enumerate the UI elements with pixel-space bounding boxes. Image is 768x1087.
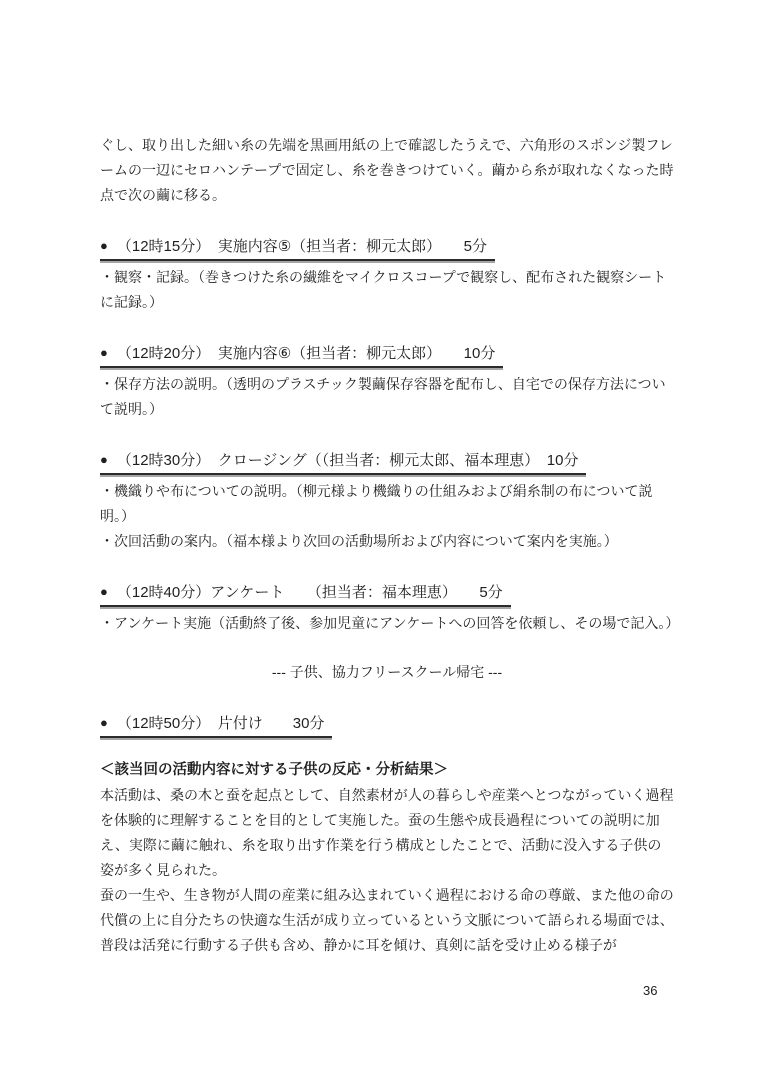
schedule-note: ・観察・記録。（巻きつけた糸の繊維をマイクロスコープで観察し、配布された観察シー… [100,265,674,315]
schedule-heading: ●（12時30分） クロージング（（担当者：柳元太郎、福本理恵） 10分 [100,450,586,475]
bullet-icon: ● [100,236,108,255]
schedule-heading-row: ●（12時15分） 実施内容⑤（担当者：柳元太郎） 5分 [100,236,674,261]
schedule-item: ●（12時30分） クロージング（（担当者：柳元太郎、福本理恵） 10分 ・機織… [100,450,674,554]
document-content: ぐし、取り出した細い糸の先端を黒画用紙の上で確認したうえで、六角形のスポンジ製フ… [100,133,674,958]
analysis-section-heading: ＜該当回の活動内容に対する子供の反応・分析結果＞ [100,758,674,783]
schedule-heading-text: （12時50分） 片付け 30分 [117,715,325,732]
bullet-icon: ● [100,713,108,732]
schedule-heading-text: （12時30分） クロージング（（担当者：柳元太郎、福本理恵） 10分 [117,452,579,469]
schedule-heading-row: ●（12時40分）アンケート （担当者：福本理恵） 5分 [100,582,674,607]
bullet-icon: ● [100,582,108,601]
schedule-item: ●（12時40分）アンケート （担当者：福本理恵） 5分 ・アンケート実施（活動… [100,582,674,636]
divider-note: --- 子供、協力フリースクール帰宅 --- [100,660,674,685]
schedule-heading: ●（12時40分）アンケート （担当者：福本理恵） 5分 [100,582,511,607]
schedule-heading: ●（12時20分） 実施内容⑥（担当者：柳元太郎） 10分 [100,343,503,368]
schedule-item: ●（12時50分） 片付け 30分 [100,713,674,738]
schedule-heading-text: （12時20分） 実施内容⑥（担当者：柳元太郎） 10分 [117,345,496,362]
intro-paragraph: ぐし、取り出した細い糸の先端を黒画用紙の上で確認したうえで、六角形のスポンジ製フ… [100,133,674,208]
schedule-heading: ●（12時50分） 片付け 30分 [100,713,332,738]
bullet-icon: ● [100,450,108,469]
schedule-note: ・機織りや布についての説明。（柳元様より機織りの仕組みおよび絹糸制の布について説… [100,479,674,529]
schedule-note: ・次回活動の案内。（福本様より次回の活動場所および内容について案内を実施。） [100,529,674,554]
schedule-heading-text: （12時15分） 実施内容⑤（担当者：柳元太郎） 5分 [117,238,487,255]
schedule-note: ・アンケート実施（活動終了後、参加児童にアンケートへの回答を依頼し、その場で記入… [100,611,674,636]
schedule-heading-row: ●（12時50分） 片付け 30分 [100,713,674,738]
analysis-section: ＜該当回の活動内容に対する子供の反応・分析結果＞ 本活動は、桑の木と蚕を起点とし… [100,758,674,958]
schedule-note: ・保存方法の説明。（透明のプラスチック製繭保存容器を配布し、自宅での保存方法につ… [100,372,674,422]
schedule-heading-row: ●（12時30分） クロージング（（担当者：柳元太郎、福本理恵） 10分 [100,450,674,475]
schedule-heading-row: ●（12時20分） 実施内容⑥（担当者：柳元太郎） 10分 [100,343,674,368]
schedule-item: ●（12時15分） 実施内容⑤（担当者：柳元太郎） 5分 ・観察・記録。（巻きつ… [100,236,674,315]
analysis-paragraph: 蚕の一生や、生き物が人間の産業に組み込まれていく過程における命の尊厳、また他の命… [100,883,674,958]
page-number: 36 [643,983,657,999]
analysis-paragraph: 本活動は、桑の木と蚕を起点として、自然素材が人の暮らしや産業へとつながっていく過… [100,783,674,883]
schedule-heading-text: （12時40分）アンケート （担当者：福本理恵） 5分 [117,584,503,601]
schedule-item: ●（12時20分） 実施内容⑥（担当者：柳元太郎） 10分 ・保存方法の説明。（… [100,343,674,422]
schedule-heading: ●（12時15分） 実施内容⑤（担当者：柳元太郎） 5分 [100,236,495,261]
bullet-icon: ● [100,343,108,362]
document-page: ぐし、取り出した細い糸の先端を黒画用紙の上で確認したうえで、六角形のスポンジ製フ… [0,0,768,1087]
